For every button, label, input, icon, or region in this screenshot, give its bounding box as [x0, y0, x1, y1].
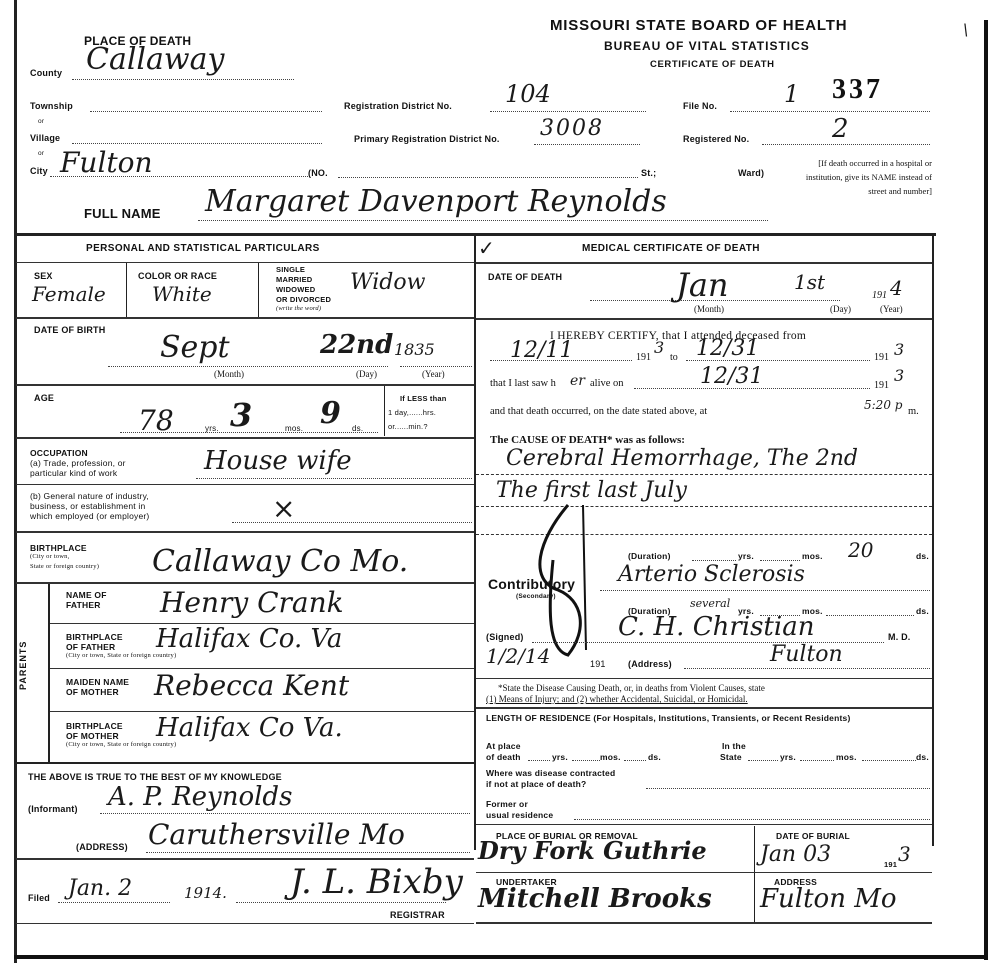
full-name-value: Margaret Davenport Reynolds	[205, 184, 667, 219]
mother-name-label-2: OF MOTHER	[66, 687, 119, 697]
mother-name-value: Rebecca Kent	[154, 669, 349, 702]
marital-option-widowed: WIDOWED	[276, 285, 315, 294]
check-mark: ✓	[478, 236, 495, 260]
burial-date-value: Jan 03	[760, 842, 831, 867]
dob-day-caption: (Day)	[356, 369, 377, 379]
contracted-label-2: if not at place of death?	[486, 779, 586, 789]
dod-year-prefix: 191	[872, 290, 887, 301]
occupation-b-label-2: business, or establishment in	[30, 501, 145, 511]
at-place-label-2: of death	[486, 752, 521, 762]
from-year-prefix: 191	[636, 352, 651, 363]
hospital-note: [If death occurred in a hospital or inst…	[790, 156, 932, 198]
father-birthplace-value: Halifax Co. Va	[156, 624, 342, 654]
duration-ds-2: ds.	[916, 606, 929, 616]
former-residence-label-2: usual residence	[486, 810, 553, 820]
father-birthplace-label-1: BIRTHPLACE	[66, 632, 123, 642]
contracted-label-1: Where was disease contracted	[486, 768, 615, 778]
informant-label: (Informant)	[28, 804, 78, 814]
contributory-label: Contributory	[488, 576, 575, 592]
dod-month-caption: (Month)	[694, 304, 724, 314]
alive-on-label: alive on	[590, 378, 624, 389]
certify-text: I HEREBY CERTIFY, that I attended deceas…	[550, 330, 806, 342]
dod-day: 1st	[794, 270, 825, 294]
signed-date: 1/2/14	[486, 644, 550, 668]
to-year-prefix: 191	[874, 352, 889, 363]
age-mos-caption: mos.	[285, 424, 303, 433]
or-label-1: or	[38, 118, 44, 125]
death-time: 5:20 p	[864, 398, 902, 412]
marital-instruction: (write the word)	[276, 305, 321, 312]
at-place-ds: ds.	[648, 752, 661, 762]
street-no-label: (NO.	[308, 168, 328, 178]
personal-section-title: PERSONAL AND STATISTICAL PARTICULARS	[86, 243, 320, 254]
physician-address-label: (Address)	[628, 659, 672, 669]
in-state-yrs: yrs.	[780, 752, 796, 762]
mother-name-label-1: MAIDEN NAME	[66, 677, 129, 687]
parents-label: PARENTS	[18, 641, 28, 690]
right-border	[984, 20, 988, 960]
mother-birthplace-label-1: BIRTHPLACE	[66, 721, 123, 731]
last-saw-year-prefix: 191	[874, 380, 889, 391]
at-place-yrs: yrs.	[552, 752, 568, 762]
birthplace-sub-2: State or foreign country)	[30, 563, 99, 570]
age-days: 9	[320, 396, 341, 431]
board-title: MISSOURI STATE BOARD OF HEALTH	[550, 17, 847, 34]
birthplace-sub-1: (City or town,	[30, 553, 69, 560]
ward-label: Ward)	[738, 168, 764, 178]
dob-month: Sept	[160, 330, 230, 365]
informant-value: A. P. Reynolds	[108, 782, 292, 812]
less-than-label-3: or......min.?	[388, 422, 428, 431]
or-label-2: or	[38, 150, 44, 157]
village-label: Village	[30, 133, 60, 143]
duration-label-1: (Duration)	[628, 551, 671, 561]
primary-registration-label: Primary Registration District No.	[354, 134, 500, 144]
undertaker-value: Mitchell Brooks	[478, 884, 712, 914]
md-label: M. D.	[888, 632, 911, 642]
marital-option-single: SINGLE	[276, 265, 305, 274]
file-no-value: 337	[832, 74, 883, 106]
bureau-title: BUREAU OF VITAL STATISTICS	[604, 39, 810, 53]
dod-year-caption: (Year)	[880, 304, 903, 314]
duration-ds-1: ds.	[916, 551, 929, 561]
father-name-value: Henry Crank	[160, 586, 344, 619]
burial-year: 3	[898, 842, 911, 866]
file-no-label: File No.	[683, 101, 717, 111]
residence-label: LENGTH OF RESIDENCE (For Hospitals, Inst…	[486, 713, 930, 724]
occupation-label: OCCUPATION	[30, 448, 88, 458]
registrar-signature: J. L. Bixby	[290, 862, 463, 902]
dod-year-suffix: 4	[890, 276, 903, 300]
age-months: 3	[230, 396, 252, 434]
occupation-a-label: (a) Trade, profession, or	[30, 458, 126, 468]
sex-value: Female	[32, 282, 106, 306]
birthplace-label: BIRTHPLACE	[30, 543, 87, 553]
bottom-border	[14, 955, 988, 959]
duration-mos-1: mos.	[802, 551, 823, 561]
registrar-label: REGISTRAR	[390, 910, 445, 920]
footnote-line-2: (1) Means of Injury; and (2) whether Acc…	[486, 694, 748, 704]
from-year: 3	[654, 338, 664, 357]
center-divider	[474, 236, 476, 850]
city-value: Fulton	[60, 146, 153, 179]
registered-no-value: 2	[832, 114, 849, 144]
informant-address-label: (ADDRESS)	[76, 842, 128, 852]
in-state-label-2: State	[720, 752, 742, 762]
burial-year-prefix: 191	[884, 860, 897, 869]
father-name-label-2: FATHER	[66, 600, 101, 610]
occupation-b-label-1: (b) General nature of industry,	[30, 491, 149, 501]
in-state-label-1: In the	[722, 741, 746, 751]
less-than-label-1: If LESS than	[400, 394, 447, 403]
dod-day-caption: (Day)	[830, 304, 851, 314]
burial-place-value: Dry Fork Guthrie	[478, 836, 707, 865]
contributory-value: Arterio Sclerosis	[618, 562, 805, 587]
color-race-value: White	[152, 282, 212, 306]
county-label: County	[30, 68, 62, 78]
to-label: to	[670, 352, 678, 363]
mother-birthplace-value: Halifax Co Va.	[156, 713, 343, 743]
informant-address-value: Caruthersville Mo	[148, 818, 405, 851]
contributory-duration: several	[690, 597, 730, 610]
to-year: 3	[894, 340, 904, 359]
dob-year: 1835	[394, 340, 435, 359]
former-residence-label-1: Former or	[486, 799, 528, 809]
marital-option-married: MARRIED	[276, 275, 312, 284]
signed-year-label: 191	[590, 659, 606, 669]
physician-signature: C. H. Christian	[618, 612, 814, 642]
last-saw-her: er	[570, 373, 585, 389]
father-name-label-1: NAME OF	[66, 590, 107, 600]
age-ds-caption: ds.	[352, 424, 363, 433]
sex-label: SEX	[34, 271, 53, 281]
duration-yrs-1: yrs.	[738, 551, 754, 561]
mother-birthplace-label-2: OF MOTHER	[66, 731, 119, 741]
dod-label: DATE OF DEATH	[488, 272, 562, 282]
at-place-mos: mos.	[600, 752, 621, 762]
registered-no-label: Registered No.	[683, 134, 749, 144]
in-state-ds: ds.	[916, 752, 929, 762]
footnote-line-1: *State the Disease Causing Death, or, in…	[498, 683, 765, 693]
registration-district-value: 104	[505, 80, 551, 108]
filed-year: 1914.	[184, 884, 227, 902]
in-state-mos: mos.	[836, 752, 857, 762]
duration-days-1: 20	[848, 538, 873, 562]
last-saw-label: that I last saw h	[490, 378, 556, 389]
registration-district-label: Registration District No.	[344, 101, 452, 111]
last-saw-date: 12/31	[700, 364, 763, 389]
certificate-title: CERTIFICATE OF DEATH	[650, 59, 775, 70]
filed-label: Filed	[28, 893, 50, 903]
occupation-b-value: ×	[272, 492, 295, 525]
last-saw-year: 3	[894, 366, 904, 385]
knowledge-statement: THE ABOVE IS TRUE TO THE BEST OF MY KNOW…	[28, 772, 282, 782]
city-label: City	[30, 166, 48, 176]
dob-year-caption: (Year)	[422, 369, 445, 379]
dob-month-caption: (Month)	[214, 369, 244, 379]
m-label: m.	[908, 406, 919, 417]
less-than-label-2: 1 day,......hrs.	[388, 408, 436, 417]
full-name-label: FULL NAME	[84, 206, 161, 221]
left-border	[14, 0, 17, 963]
at-place-label-1: At place	[486, 741, 521, 751]
occupation-a-label-2: particular kind of work	[30, 468, 117, 478]
birthplace-value: Callaway Co Mo.	[152, 544, 408, 579]
dob-day: 22nd	[320, 330, 393, 360]
signed-label: (Signed)	[486, 632, 524, 642]
marital-option-divorced: OR DIVORCED	[276, 295, 331, 304]
medical-section-title: MEDICAL CERTIFICATE OF DEATH	[582, 243, 760, 254]
age-yrs-caption: yrs.	[205, 424, 219, 433]
corner-mark: \	[963, 20, 968, 39]
occupation-value: House wife	[204, 446, 352, 476]
dob-label: DATE OF BIRTH	[34, 325, 105, 335]
undertaker-address-value: Fulton Mo	[760, 884, 897, 914]
age-years: 78	[138, 404, 174, 437]
cause-of-death-label: The CAUSE OF DEATH* was as follows:	[490, 434, 685, 446]
street-label: St.;	[641, 168, 656, 178]
death-occurred-text: and that death occurred, on the date sta…	[490, 406, 707, 417]
township-label: Township	[30, 101, 73, 111]
dod-month: Jan	[676, 266, 729, 304]
secondary-label: (Secondary)	[516, 593, 556, 600]
county-value: Callaway	[86, 42, 224, 77]
father-birthplace-label-2: OF FATHER	[66, 642, 115, 652]
attended-to: 12/31	[696, 336, 759, 361]
physician-address-value: Fulton	[770, 642, 843, 667]
color-race-label: COLOR OR RACE	[138, 271, 217, 281]
burial-date-label: DATE OF BURIAL	[776, 831, 850, 841]
file-no-prefix: 1	[784, 80, 799, 108]
age-label: AGE	[34, 393, 54, 403]
marital-value: Widow	[350, 270, 425, 295]
occupation-b-label-3: which employed (or employer)	[30, 511, 149, 521]
cause-line-1: Cerebral Hemorrhage, The 2nd	[506, 446, 858, 471]
filed-date: Jan. 2	[68, 876, 132, 901]
primary-registration-value: 3008	[540, 116, 604, 141]
attended-from: 12/11	[510, 338, 573, 363]
